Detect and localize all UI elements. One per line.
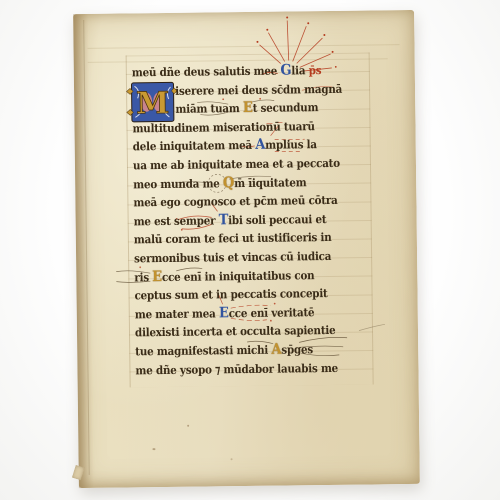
- text-segment: multitudinem miserationū tuarū: [132, 119, 314, 135]
- versal-initial: A: [271, 340, 281, 357]
- text-segment: tue magnifestasti michi: [135, 343, 271, 359]
- text-segment: iserere mei deus sc̄dm magnā: [175, 81, 342, 97]
- versal-initial: E: [243, 99, 253, 116]
- text-line: meā ego cognosco et pc̄m meū cōtra: [133, 191, 369, 212]
- text-segment: p̄s: [309, 63, 322, 77]
- parchment-speck: [187, 425, 189, 427]
- text-segment: meā ego cognosco et pc̄m meū cōtra: [133, 193, 337, 209]
- text-segment: cce enī in iniquitatibus con: [162, 268, 315, 284]
- versal-initial: E: [219, 304, 229, 321]
- parchment-speck: [152, 448, 155, 450]
- text-segment: ris: [134, 270, 152, 284]
- text-block: meū dñe deus salutis mee Glia p̄siserere…: [132, 61, 372, 380]
- text-line: dilexisti incerta et occulta sapientie: [135, 321, 371, 342]
- versal-initial: Q: [223, 174, 234, 191]
- text-segment: t secundum: [253, 100, 319, 115]
- text-segment: sermonibus tuis et vincas cū iudica: [134, 249, 331, 265]
- text-line: me dñe ysopo ⁊ mūdabor lauabis me: [135, 358, 371, 379]
- manuscript-leaf: M meū dñe deus salutis mee Glia p̄sisere…: [73, 10, 420, 488]
- text-segment: me est semper: [134, 213, 219, 228]
- versal-initial: T: [219, 211, 229, 228]
- text-segment: dele iniquitatem meā: [133, 138, 256, 153]
- text-segment: ua me ab iniquitate mea et a peccato: [133, 156, 340, 173]
- text-segment: cce enī veritatē: [229, 305, 315, 320]
- versal-initial: E: [152, 268, 162, 285]
- text-line: iserere mei deus sc̄dm magnā: [132, 79, 368, 100]
- text-segment: ceptus sum et in peccatis concepit: [134, 286, 327, 302]
- text-segment: lia: [291, 63, 308, 77]
- versal-initial: G: [280, 61, 291, 78]
- text-segment: me mater mea: [135, 306, 219, 321]
- text-segment: m̄ īiquitatem: [234, 175, 306, 190]
- parchment-speck: [231, 458, 233, 460]
- text-segment: mplius la: [265, 138, 317, 153]
- text-segment: ibi soli peccaui et: [228, 212, 326, 227]
- versal-initial: A: [255, 136, 265, 153]
- text-line: ua me ab iniquitate mea et a peccato: [133, 153, 369, 174]
- text-segment: dilexisti incerta et occulta sapientie: [135, 323, 336, 339]
- text-segment: me dñe ysopo ⁊ mūdabor lauabis me: [135, 360, 338, 376]
- text-segment: miām tuam: [175, 101, 243, 116]
- text-segment: meū dñe deus salutis mee: [132, 64, 281, 80]
- text-segment: meo munda me: [133, 176, 223, 191]
- text-segment: malū coram te feci ut iustificeris in: [134, 230, 332, 246]
- photo-background: M meū dñe deus salutis mee Glia p̄sisere…: [0, 0, 500, 500]
- ruling-line-extended: [88, 44, 400, 49]
- text-segment: sp̄ges: [281, 342, 313, 356]
